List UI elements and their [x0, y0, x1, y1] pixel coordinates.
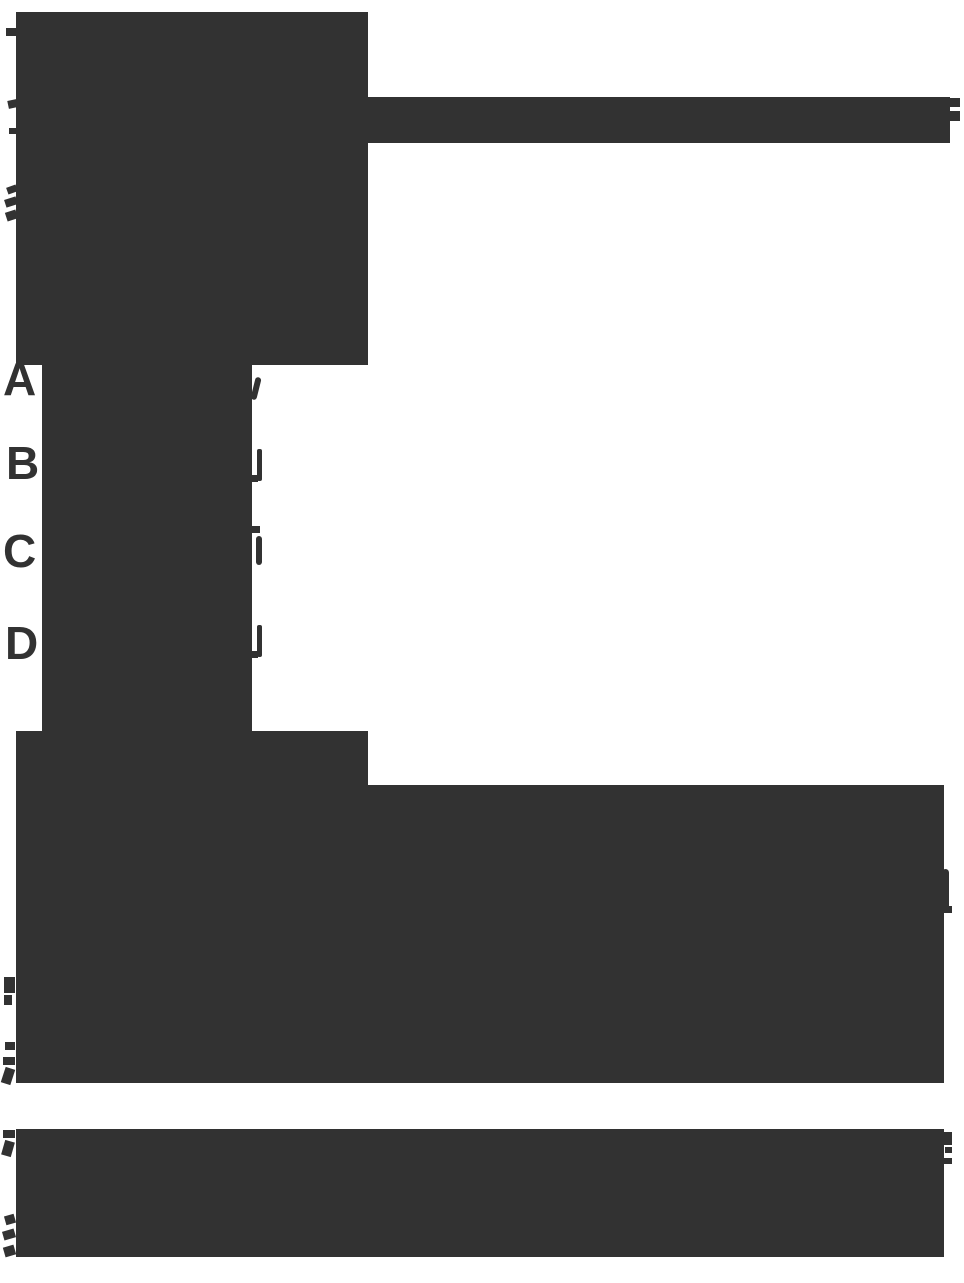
heading-line-end-stub-bottom: [950, 111, 960, 121]
paragraph-upper-left-block: [16, 731, 368, 785]
option-label-d: D: [5, 620, 38, 666]
right-edge-stroke: [945, 1147, 952, 1153]
right-edge-stroke: [944, 1158, 952, 1164]
left-edge-stroke: [6, 28, 17, 36]
option-c-tail-stroke: [256, 536, 262, 565]
option-b-tail-hook: [251, 475, 258, 482]
left-edge-stroke: [5, 1042, 15, 1050]
option-label-a: A: [3, 356, 36, 402]
options-text-block: [42, 365, 252, 731]
paragraph-bottom-block: [16, 1129, 944, 1257]
option-c-tail-tick: [251, 526, 260, 533]
left-edge-stroke: [3, 1245, 16, 1258]
heading-line-bar: [361, 97, 950, 143]
left-edge-stroke: [1, 1140, 15, 1157]
document-page: A B C D: [0, 0, 964, 1283]
left-edge-stroke: [9, 128, 17, 134]
option-a-tail-stroke: [250, 377, 261, 401]
option-d-tail-hook: [251, 651, 258, 658]
left-edge-stroke: [1, 1067, 15, 1085]
left-edge-stroke: [3, 1130, 15, 1138]
option-label-b: B: [6, 440, 39, 486]
left-edge-stroke: [3, 1057, 15, 1065]
left-edge-stroke: [4, 995, 12, 1005]
left-edge-stroke: [4, 1214, 16, 1225]
right-edge-stroke: [944, 1132, 952, 1145]
left-edge-stroke: [2, 1229, 16, 1241]
option-label-c: C: [3, 528, 36, 574]
heading-paragraph-block: [16, 12, 368, 365]
heading-line-end-stub-top: [950, 98, 960, 107]
left-edge-stroke: [4, 977, 15, 993]
paragraph-main-block: [16, 785, 944, 1083]
right-edge-stroke: [944, 906, 952, 913]
